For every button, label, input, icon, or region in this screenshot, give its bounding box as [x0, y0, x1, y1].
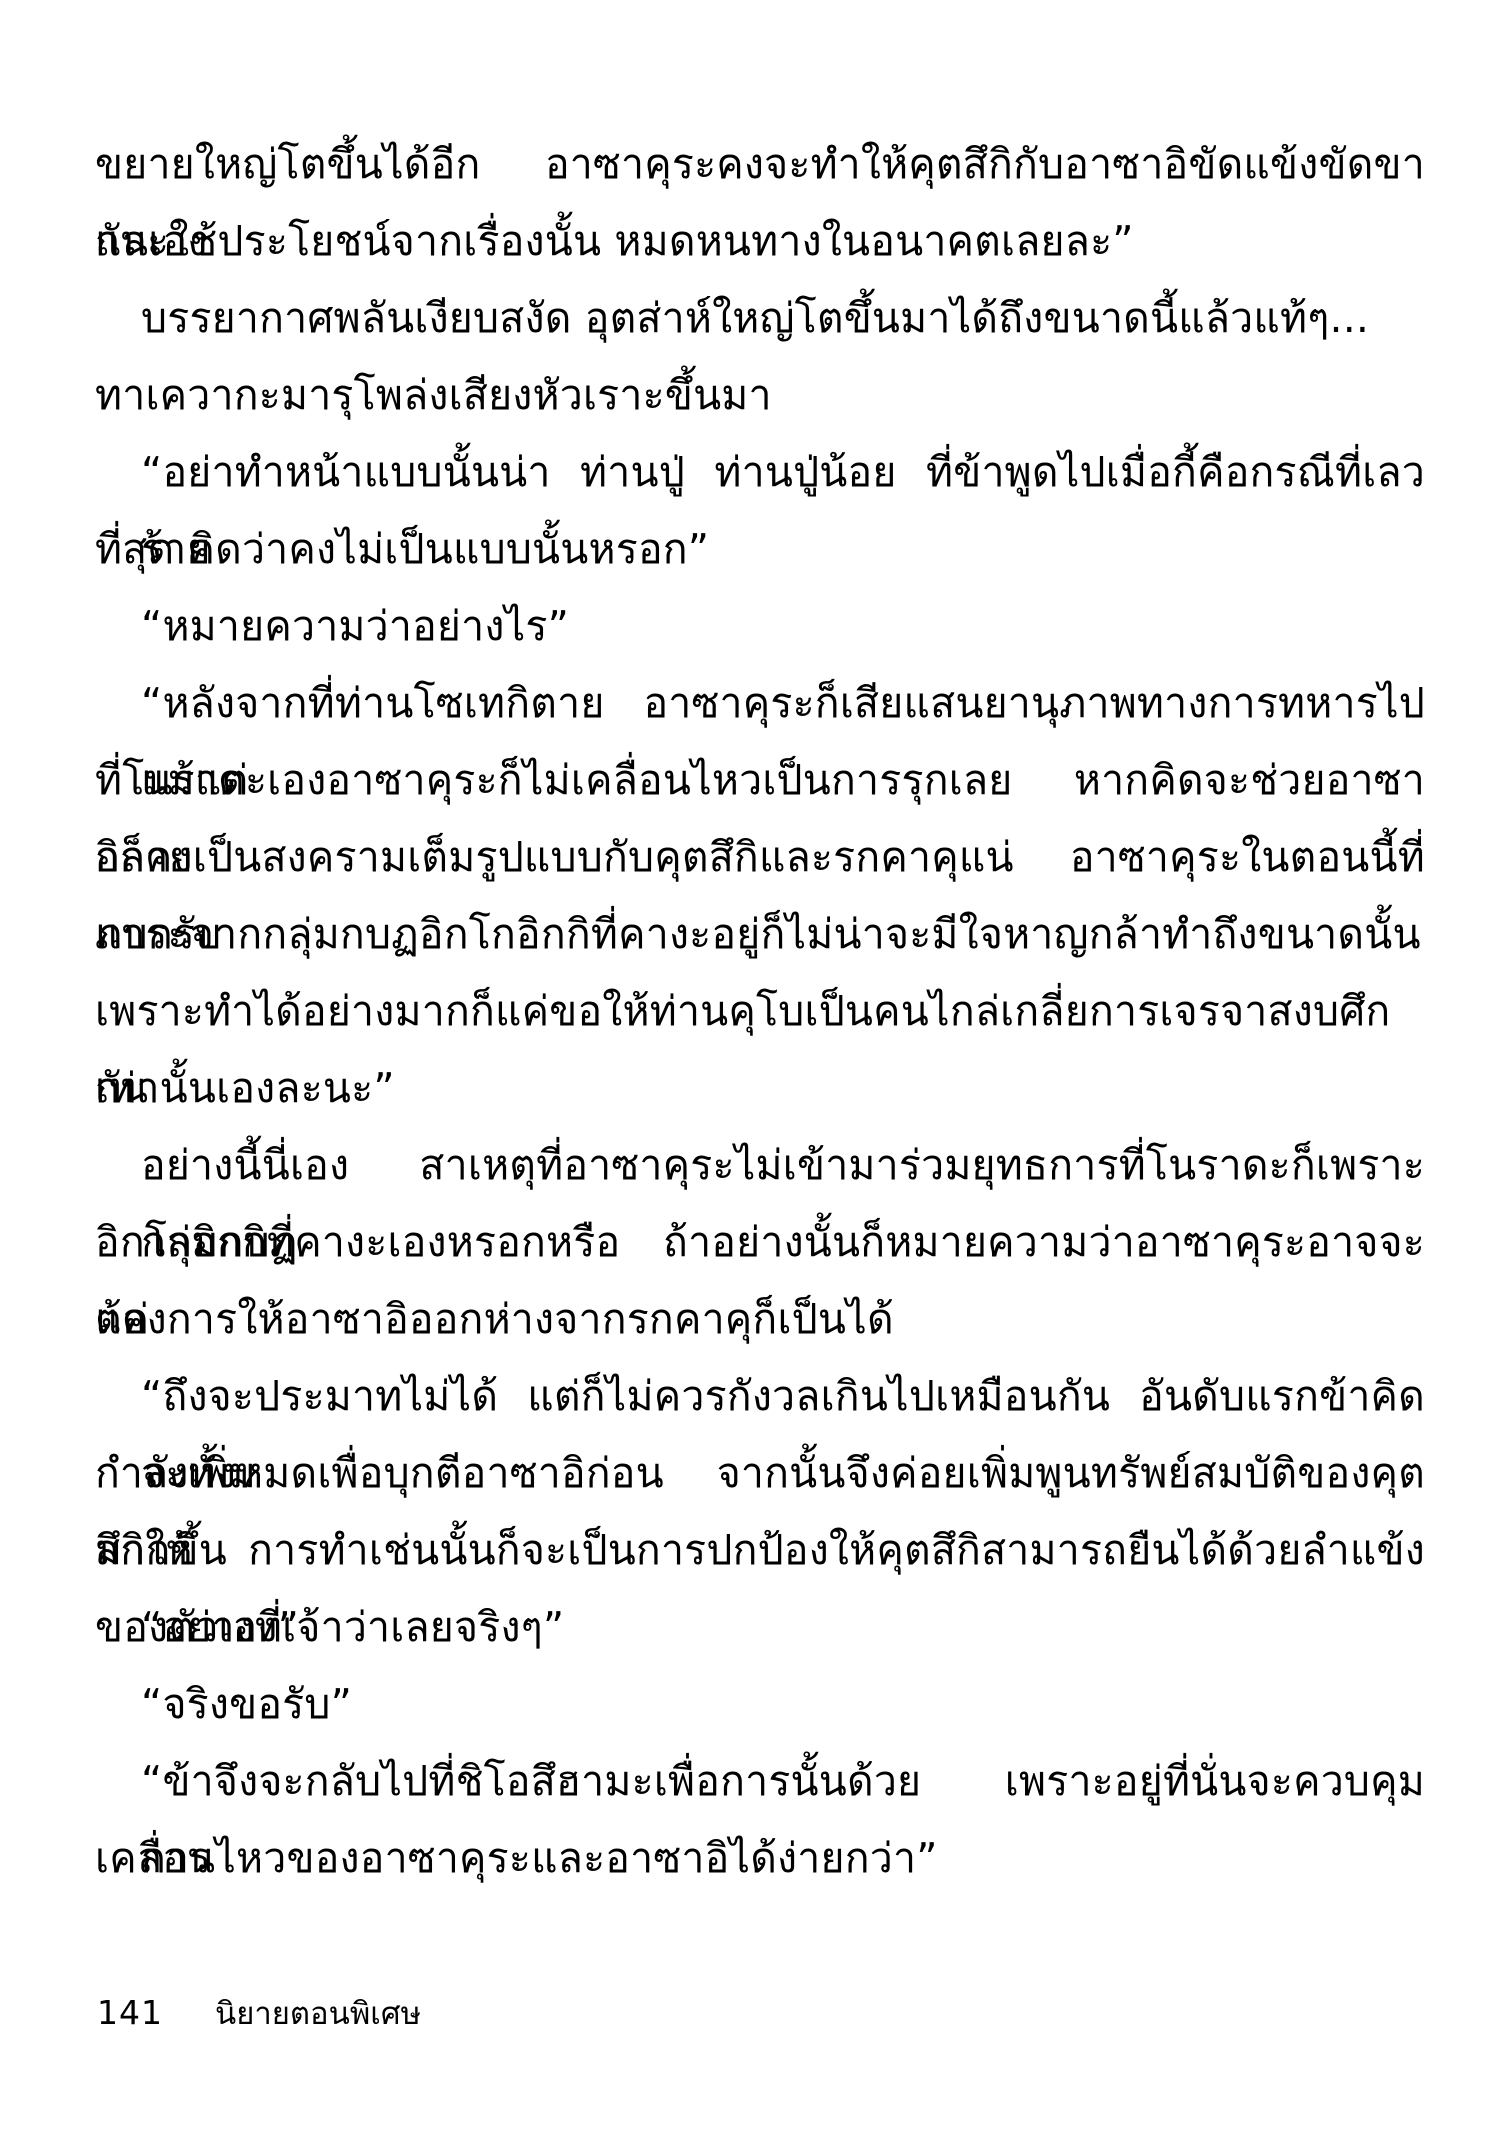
text-line: เพราะทำได้อย่างมากก็แค่ขอให้ท่านคุโบเป็น… [95, 973, 1425, 1050]
text-line: “หมายความว่าอย่างไร” [95, 588, 1425, 665]
text-line: อิกโกอิกกิที่คางะเองหรอกหรือ ถ้าอย่างนั้… [95, 1204, 1425, 1281]
text-line: ขยายใหญ่โตขึ้นได้อีก อาซาคุระคงจะทำให้คุ… [95, 126, 1425, 203]
text-line: “อย่าทำหน้าแบบนั้นน่า ท่านปู่ ท่านปู่น้อ… [95, 434, 1425, 511]
text-line: เคลื่อนไหวของอาซาคุระและอาซาอิได้ง่ายกว่… [95, 1820, 1425, 1897]
text-line: อย่างนี้นี่เอง สาเหตุที่อาซาคุระไม่เข้าม… [95, 1127, 1425, 1204]
text-block: ขยายใหญ่โตขึ้นได้อีก อาซาคุระคงจะทำให้คุ… [95, 126, 1425, 1897]
text-line: “จริงขอรับ” [95, 1666, 1425, 1743]
page-number: 141 [97, 1993, 163, 2032]
text-line: “ถึงจะประมาทไม่ได้ แต่ก็ไม่ควรกังวลเกินไ… [95, 1358, 1425, 1435]
text-line: กลายเป็นสงครามเต็มรูปแบบกับคุตสึกิและรกค… [95, 819, 1425, 896]
text-line: ทาเควากะมารุโพล่งเสียงหัวเราะขึ้นมา [95, 357, 1425, 434]
text-line: “ข้าจึงจะกลับไปที่ชิโอสึฮามะเพื่อการนั้น… [95, 1743, 1425, 1820]
text-line: ต้องการให้อาซาอิออกห่างจากรกคาคุก็เป็นได… [95, 1281, 1425, 1358]
text-line: “อย่างที่เจ้าว่าเลยจริงๆ” [95, 1589, 1425, 1666]
text-line: ภาระจากกลุ่มกบฏอิกโกอิกกิที่คางะอยู่ก็ไม… [95, 896, 1425, 973]
text-line: กำลังทั้งหมดเพื่อบุกตีอาซาอิก่อน จากนั้น… [95, 1435, 1425, 1512]
text-line: มากขึ้น การทำเช่นนั้นก็จะเป็นการปกป้องให… [95, 1512, 1425, 1589]
text-line: บรรยากาศพลันเงียบสงัด อุตส่าห์ใหญ่โตขึ้น… [95, 280, 1425, 357]
page-footer: 141 นิยายตอนพิเศษ [97, 1988, 421, 2038]
book-page: ขยายใหญ่โตขึ้นได้อีก อาซาคุระคงจะทำให้คุ… [0, 0, 1512, 2150]
text-line: “หลังจากที่ท่านโซเทกิตาย อาซาคุระก็เสียแ… [95, 665, 1425, 742]
text-line: และใช้ประโยชน์จากเรื่องนั้น หมดหนทางในอน… [95, 203, 1425, 280]
text-line: เท่านั้นเองละนะ” [95, 1050, 1425, 1127]
text-line: ที่สุด คิดว่าคงไม่เป็นแบบนั้นหรอก” [95, 511, 1425, 588]
text-line: ที่โนราดะเองอาซาคุระก็ไม่เคลื่อนไหวเป็นก… [95, 742, 1425, 819]
running-title: นิยายตอนพิเศษ [215, 1988, 421, 2038]
